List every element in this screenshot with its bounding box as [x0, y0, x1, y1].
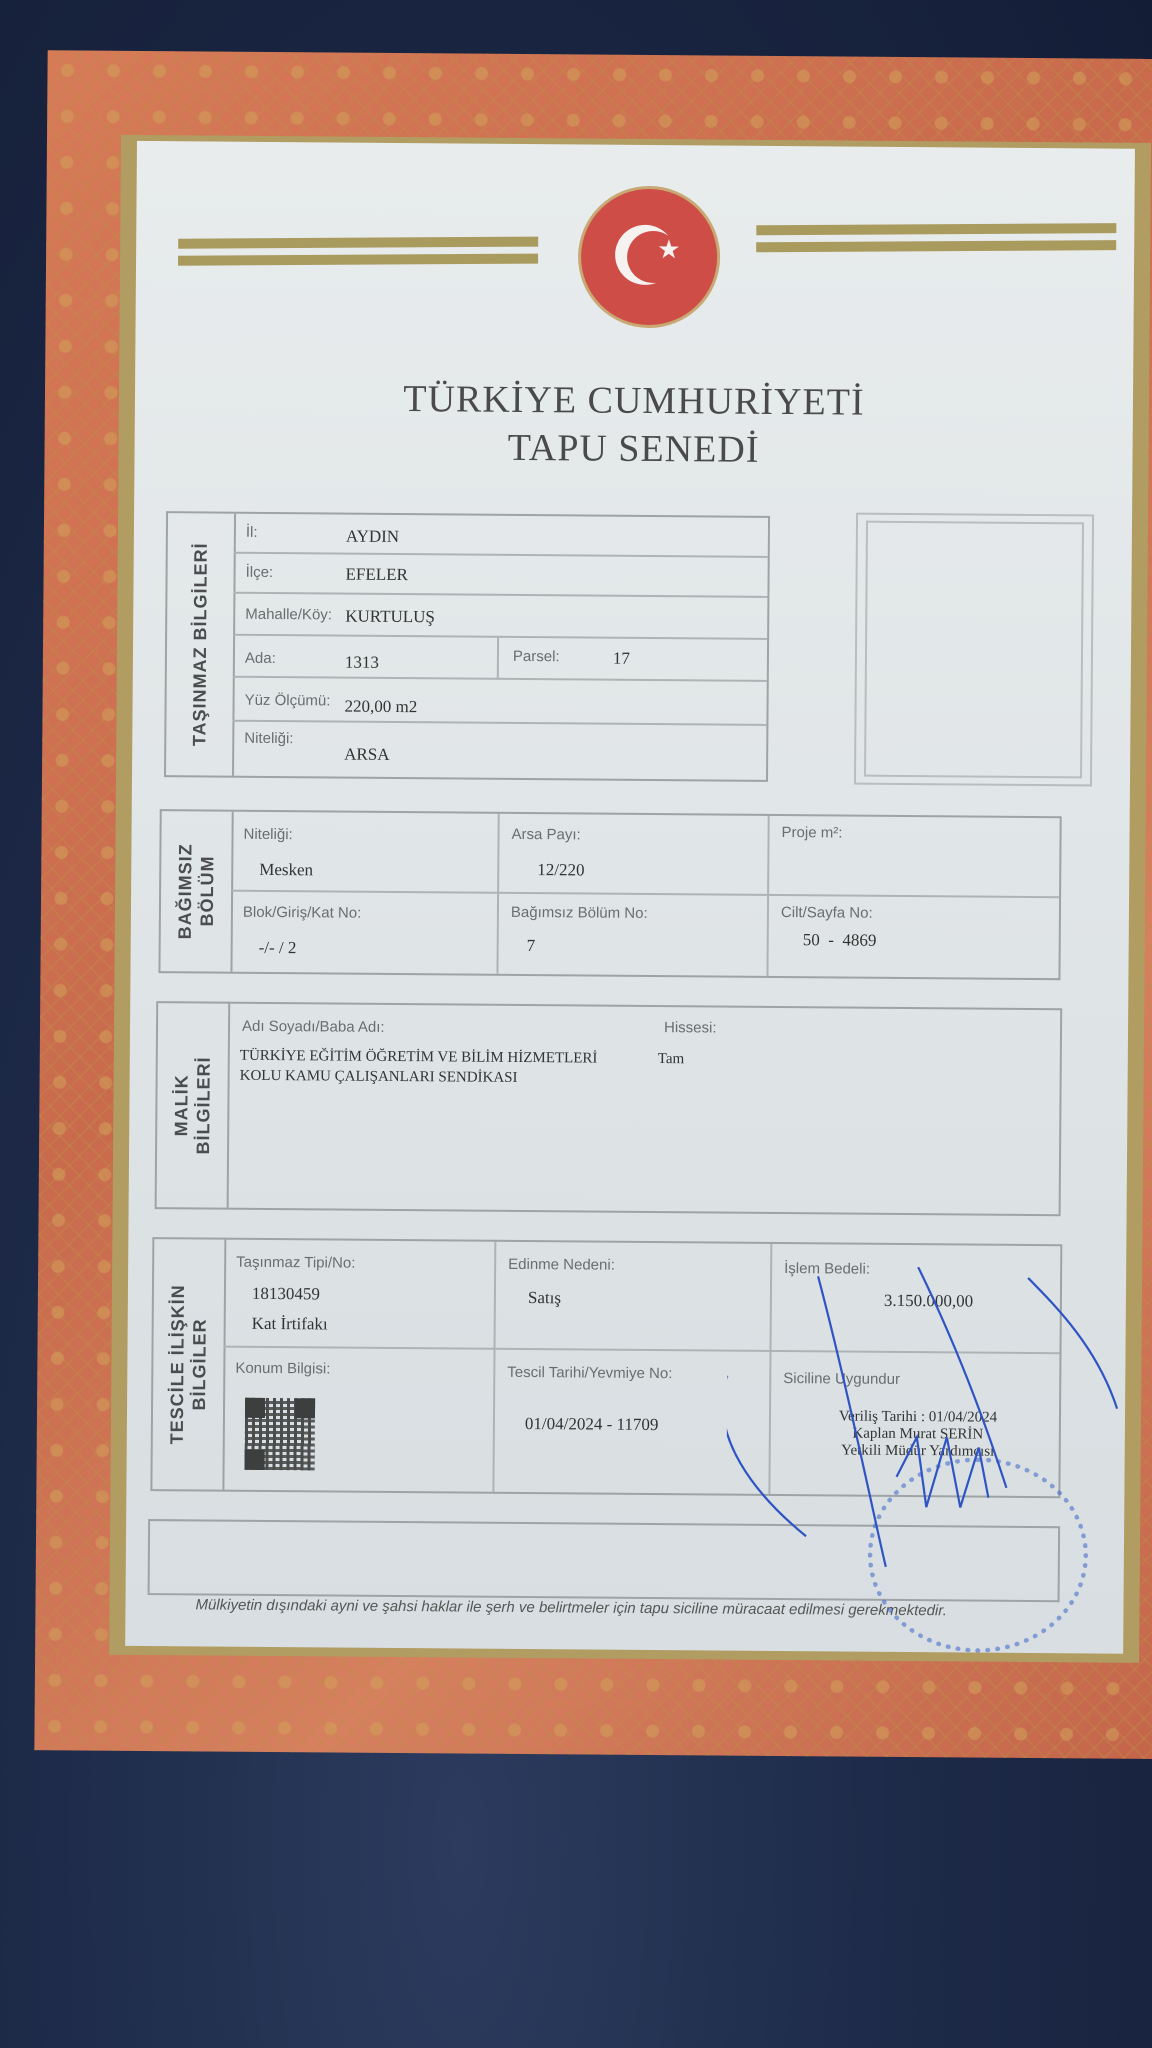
qr-code-icon[interactable] — [245, 1398, 316, 1471]
gold-band — [178, 254, 538, 266]
section-tasinmaz: TAŞINMAZ BİLGİLERİ İl: AYDIN İlçe: EFELE… — [164, 511, 770, 782]
share: Tam — [658, 1051, 685, 1068]
owner-name: TÜRKİYE EĞİTİM ÖĞRETİM VE BİLİM HİZMETLE… — [240, 1048, 598, 1068]
field-niteligi: Niteliği: ARSA — [232, 722, 766, 778]
owner-name-line2: KOLU KAMU ÇALIŞANLARI SENDİKASI — [240, 1068, 518, 1087]
crescent-star-emblem-icon: ★ — [581, 188, 718, 325]
gold-band — [756, 240, 1116, 252]
deed-paper: ★ TÜRKİYE CUMHURİYETİ TAPU SENEDİ TAŞINM… — [125, 141, 1135, 1654]
title-deed-document: ★ TÜRKİYE CUMHURİYETİ TAPU SENEDİ TAŞINM… — [6, 12, 1152, 1781]
section-label: TAŞINMAZ BİLGİLERİ — [188, 543, 212, 747]
field-mahalle: Mahalle/Köy: KURTULUŞ — [233, 594, 767, 640]
section-label: BAĞIMSIZBÖLÜM — [174, 843, 219, 939]
field-ilce: İlçe: EFELER — [233, 554, 767, 598]
section-label: TESCİLE İLİŞKİNBİLGİLER — [166, 1284, 211, 1444]
field-yuzolcumu: Yüz Ölçümü: 220,00 m2 — [232, 678, 766, 726]
section-tescil: TESCİLE İLİŞKİNBİLGİLER Taşınmaz Tipi/No… — [150, 1237, 1062, 1498]
photo-placeholder — [854, 513, 1094, 787]
section-bagimsiz-bolum: BAĞIMSIZBÖLÜM Niteliği: Mesken Arsa Payı… — [158, 809, 1061, 980]
page-title: TÜRKİYE CUMHURİYETİ TAPU SENEDİ — [134, 373, 1133, 477]
approval-block: Veriliş Tarihi : 01/04/2024 Kaplan Murat… — [783, 1408, 1053, 1461]
section-label: MALİKBİLGİLERİ — [170, 1056, 215, 1154]
official-stamp-icon — [867, 1457, 1089, 1654]
gold-band — [756, 223, 1116, 235]
field-il: İl: AYDIN — [234, 514, 768, 558]
section-malik: MALİKBİLGİLERİ Adı Soyadı/Baba Adı: Hiss… — [155, 1001, 1063, 1216]
field-ada-parsel: Ada: 1313 Parsel: 17 — [233, 636, 767, 682]
gold-band — [178, 237, 538, 249]
